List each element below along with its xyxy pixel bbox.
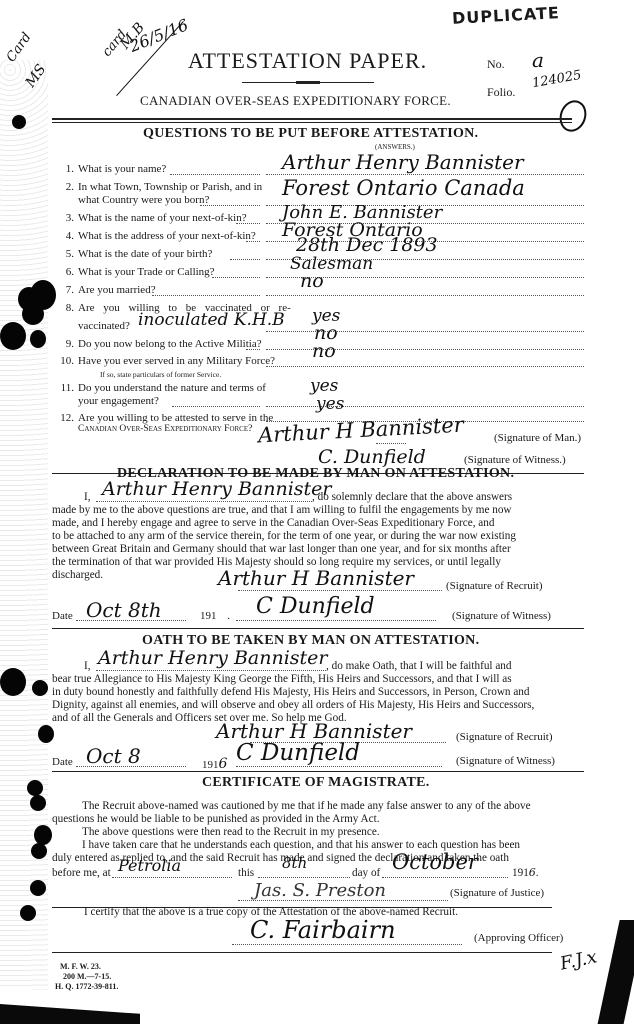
question-text: Are you married? [78, 284, 156, 296]
declaration-line: made by me to the above questions are tr… [52, 503, 584, 517]
question-3: 3.What is the name of your next-of-kin? [52, 212, 247, 224]
punch-hole [30, 880, 46, 896]
question-11-continued: your engagement? [78, 395, 159, 407]
oath-signature-recruit-label: (Signature of Recruit) [456, 731, 553, 743]
form-code: M. F. W. 23. [60, 962, 101, 972]
answer-line [266, 366, 584, 367]
oath-date-label: Date [52, 756, 73, 768]
signature-witness-label: (Signature of Witness.) [464, 454, 566, 466]
question-leader [170, 174, 260, 175]
before-me-label: before me, at [52, 866, 111, 880]
question-number: 11. [52, 382, 74, 394]
question-number: 7. [52, 284, 74, 296]
question-number: 1. [52, 163, 74, 175]
signature-line [376, 443, 406, 444]
declaration-signature-recruit-label: (Signature of Recruit) [446, 580, 543, 592]
signature-man: Arthur H Bannister [258, 413, 465, 448]
punch-hole [30, 330, 46, 348]
signature-line [236, 620, 436, 621]
signature-justice-label: (Signature of Justice) [450, 887, 544, 899]
punch-hole [20, 905, 36, 921]
signature-line [232, 944, 462, 945]
question-2: 2.In what Town, Township or Parish, and … [52, 181, 262, 193]
question-number: 6. [52, 266, 74, 278]
oath-line: bear true Allegiance to His Majesty King… [52, 672, 584, 686]
oath-name[interactable]: Arthur Henry Bannister [98, 647, 328, 669]
answer-line [266, 406, 584, 407]
year-prefix: 191 [200, 610, 217, 622]
question-leader [246, 241, 260, 242]
declaration-line: made, and I hereby engage and agree to s… [52, 516, 584, 530]
declaration-signature-witness: C Dunfield [256, 594, 375, 619]
question-number: 10. [52, 355, 74, 367]
question-12: 12.Are you willing to be attested to ser… [52, 412, 273, 424]
question-number: 12. [52, 412, 74, 424]
declaration-first-line-rest: , do solemnly declare that the above ans… [312, 490, 512, 504]
signature-man-label: (Signature of Man.) [494, 432, 581, 444]
oath-year: 1916 [202, 756, 227, 772]
question-text: What is your Trade or Calling? [78, 266, 215, 278]
question-10-note: If so, state particulars of former Servi… [100, 370, 221, 379]
question-number: 5. [52, 248, 74, 260]
approving-officer-signature: C. Fairbairn [250, 916, 396, 944]
questions-heading: QUESTIONS TO BE PUT BEFORE ATTESTATION. [143, 126, 478, 142]
question-text: Do you now belong to the Active Militia? [78, 338, 262, 350]
question-6: 6.What is your Trade or Calling? [52, 266, 215, 278]
punch-hole [34, 825, 52, 845]
declaration-line: between Great Britain and Germany should… [52, 542, 584, 556]
question-text: What is the address of your next-of-kin? [78, 230, 256, 242]
header-rule-thin [52, 122, 572, 123]
magistrate-day[interactable]: 8th [282, 854, 307, 872]
question-7: 7.Are you married? [52, 284, 156, 296]
question-text: Are you willing to be attested to serve … [78, 412, 273, 424]
signature-justice: Jas. S. Preston [254, 880, 386, 901]
magistrate-year: 1916. [512, 866, 539, 880]
answer-11[interactable]: yes [310, 376, 338, 396]
answer-2[interactable]: Forest Ontario Canada [282, 176, 525, 200]
question-5: 5.What is the date of your birth? [52, 248, 212, 260]
form-code: H. Q. 1772-39-811. [55, 982, 118, 992]
answer-5[interactable]: 28th Dec 1893 [296, 234, 438, 256]
year-prefix: 191 [202, 759, 219, 771]
day-of-label: day of [352, 866, 380, 880]
question-number: 9. [52, 338, 74, 350]
oath-line: in duty bound honestly and faithfully de… [52, 685, 584, 699]
punch-hole [0, 322, 26, 350]
question-leader [200, 205, 260, 206]
answer-line [266, 174, 584, 175]
declaration-signature-witness-label: (Signature of Witness) [452, 610, 551, 622]
question-2-continued: what Country were you born? [78, 194, 209, 206]
duplicate-stamp: DUPLICATE [452, 3, 561, 28]
question-12-continued: Canadian Over-Seas Expeditionary Force? [78, 424, 252, 434]
oath-first-line-rest: , do make Oath, that I will be faithful … [326, 659, 511, 673]
title-underline-thick [296, 81, 320, 84]
question-text: What is the date of your birth? [78, 248, 212, 260]
folio-label: Folio. [487, 85, 515, 100]
magistrate-line: The above questions were then read to th… [82, 825, 380, 839]
punch-hole [38, 725, 54, 743]
magistrate-place[interactable]: Petrolia [118, 856, 181, 875]
question-4: 4.What is the address of your next-of-ki… [52, 230, 256, 242]
question-10: 10.Have you ever served in any Military … [52, 355, 275, 367]
footer-rule [52, 952, 552, 953]
magistrate-month[interactable]: October [392, 850, 478, 874]
question-leader [246, 349, 260, 350]
oath-prefix: I, [84, 659, 91, 673]
declaration-line: to be attached to any arm of the service… [52, 529, 584, 543]
punch-hole [12, 115, 26, 129]
place-line [112, 877, 232, 878]
magistrate-heading: CERTIFICATE OF MAGISTRATE. [202, 775, 430, 791]
answer-line [266, 295, 584, 296]
declaration-date[interactable]: Oct 8th [86, 598, 162, 622]
magistrate-line: I have taken care that he understands ea… [82, 838, 584, 852]
question-number: 4. [52, 230, 74, 242]
answer-7[interactable]: no [300, 270, 324, 292]
section-divider [52, 771, 584, 772]
scan-edge-shadow [0, 1000, 634, 1024]
question-leader [212, 277, 260, 278]
punch-hole [0, 668, 26, 696]
magistrate-line: questions he would be liable to be punis… [52, 812, 380, 826]
page-title: ATTESTATION PAPER. [188, 48, 427, 74]
oath-line: Dignity, against all enemies, and will o… [52, 698, 584, 712]
question-8-continued: vaccinated? [78, 320, 130, 332]
declaration-date-label: Date [52, 610, 73, 622]
question-leader [152, 295, 260, 296]
punch-hole [31, 843, 47, 859]
punch-hole [32, 680, 48, 696]
question-leader [172, 406, 260, 407]
declaration-name[interactable]: Arthur Henry Bannister [102, 478, 332, 500]
answer-12[interactable]: yes [316, 394, 344, 414]
approving-officer-label: (Approving Officer) [474, 932, 563, 944]
answer-1[interactable]: Arthur Henry Bannister [282, 150, 524, 174]
section-divider [52, 628, 584, 629]
declaration-line: discharged. [52, 568, 103, 582]
page-subtitle: CANADIAN OVER-SEAS EXPEDITIONARY FORCE. [140, 93, 451, 109]
question-1: 1.What is your name? [52, 163, 166, 175]
punch-hole [27, 780, 43, 796]
signature-line [238, 590, 442, 591]
question-leader [230, 259, 260, 260]
oath-date[interactable]: Oct 8 [86, 744, 141, 768]
question-text: Have you ever served in any Military For… [78, 355, 275, 367]
number-value: a [532, 48, 544, 72]
form-code: 200 M.—7-15. [63, 972, 111, 982]
declaration-signature-recruit: Arthur H Bannister [218, 566, 414, 590]
oath-signature-witness: C Dunfield [236, 740, 360, 766]
oath-name-line [96, 670, 326, 671]
declaration-prefix: I, [84, 491, 91, 503]
declaration-first-line: I, [84, 490, 91, 504]
question-text: What is the name of your next-of-kin? [78, 212, 247, 224]
this-label: this [238, 866, 254, 880]
declaration-name-line [96, 501, 312, 502]
initials: F.J.x [558, 946, 599, 974]
year-suffix: . [227, 610, 230, 622]
answer-10[interactable]: no [312, 340, 336, 362]
question-number: 8. [52, 302, 74, 314]
question-leader [236, 223, 260, 224]
question-11: 11.Do you understand the nature and term… [52, 382, 266, 394]
question-text: What is your name? [78, 163, 166, 175]
number-label: No. [487, 57, 505, 72]
signature-witness: C. Dunfield [318, 446, 426, 468]
year-prefix: 191 [512, 867, 529, 879]
year-value[interactable]: 6 [529, 866, 536, 879]
question-number: 3. [52, 212, 74, 224]
question-9: 9.Do you now belong to the Active Militi… [52, 338, 262, 350]
punch-hole [30, 795, 46, 811]
question-text: In what Town, Township or Parish, and in [78, 181, 262, 193]
folio-flourish [555, 97, 590, 136]
vaccination-note: inoculated K.H.B [138, 310, 285, 330]
day-line [258, 877, 350, 878]
question-text: Do you understand the nature and terms o… [78, 382, 266, 394]
oath-signature-witness-label: (Signature of Witness) [456, 755, 555, 767]
month-line [382, 877, 508, 878]
question-number: 2. [52, 181, 74, 193]
declaration-year: 191 . [200, 610, 230, 622]
signature-line [238, 900, 448, 901]
signature-line [236, 766, 442, 767]
header-rule [52, 118, 572, 120]
year-value[interactable]: 6 [219, 756, 228, 772]
magistrate-line: The Recruit above-named was cautioned by… [82, 799, 584, 813]
